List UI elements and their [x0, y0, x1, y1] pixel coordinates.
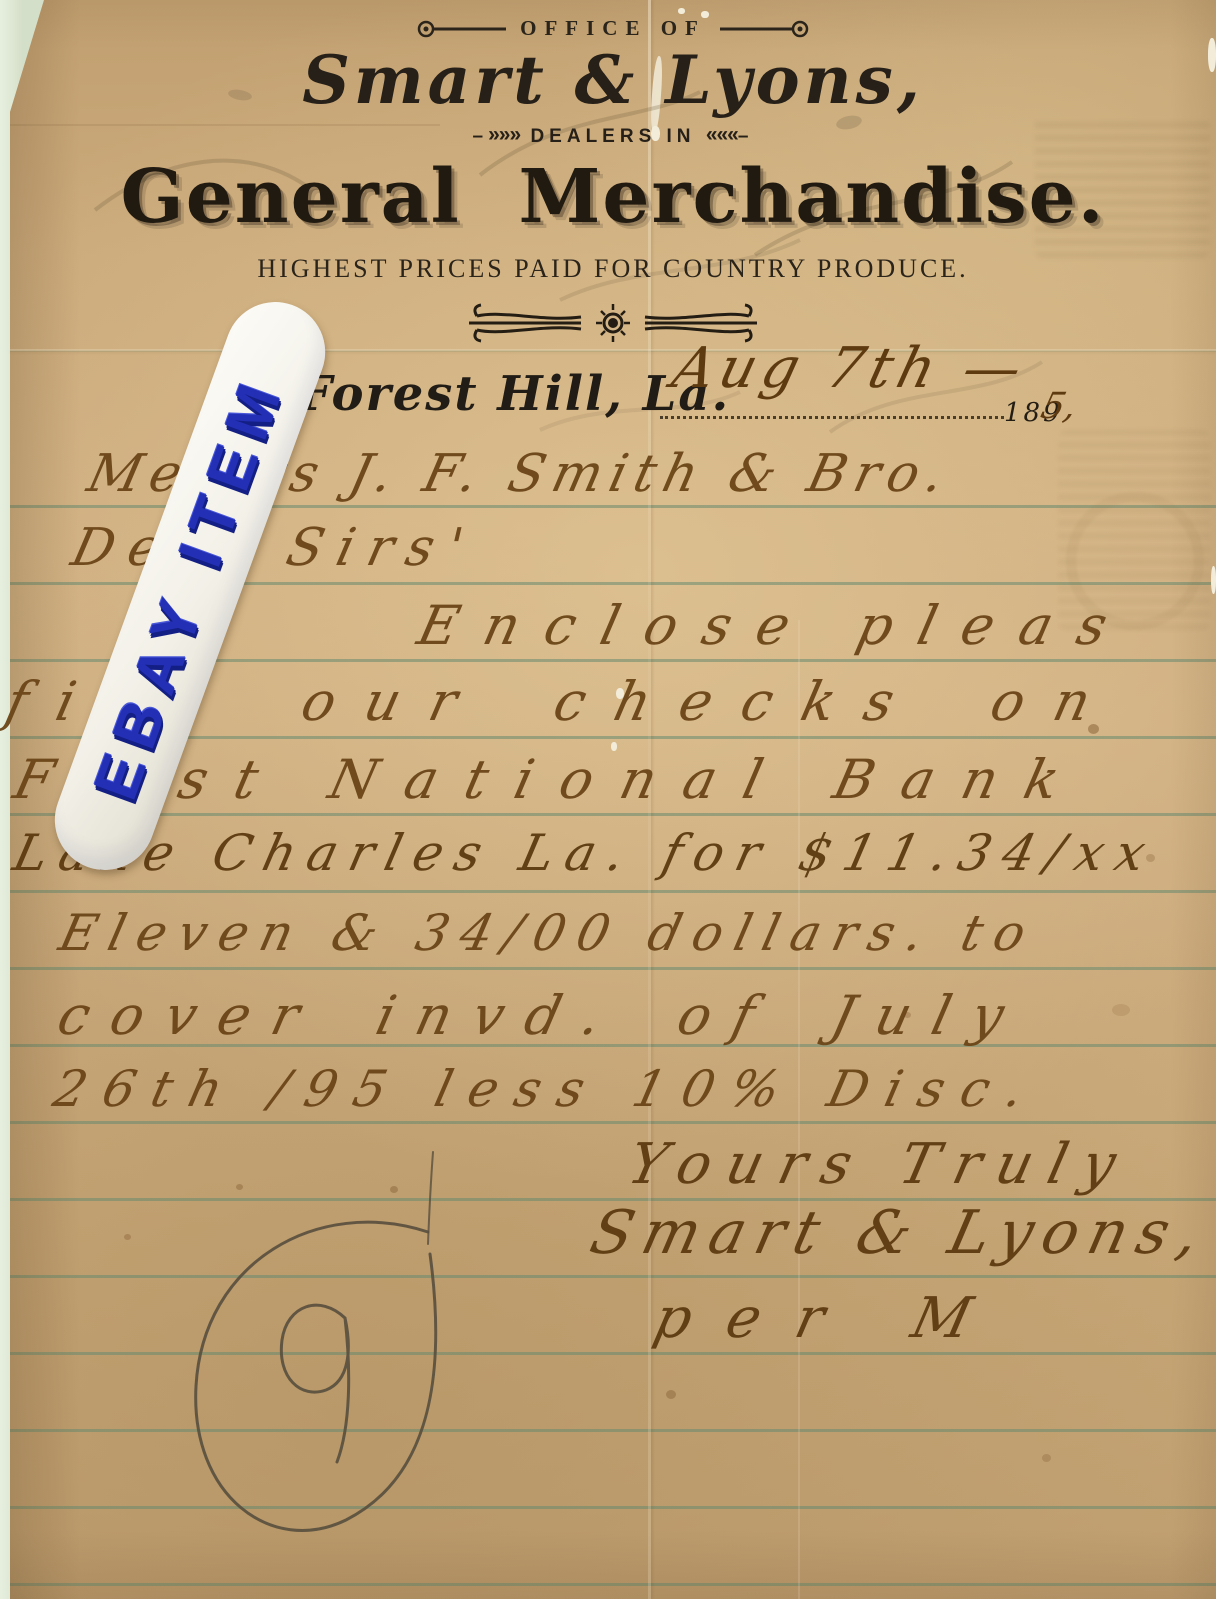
stain-smudge	[1112, 1004, 1130, 1016]
handwritten-line: cover invd. of July	[52, 984, 1032, 1047]
stain-spot	[1042, 1454, 1051, 1462]
stain-spot	[236, 1184, 243, 1190]
handwritten-line: Dear Sirs'	[66, 518, 483, 578]
arrow-ornament-left: »»»	[488, 123, 520, 146]
stain-spot	[666, 1390, 676, 1399]
dash-ornament: –	[738, 126, 754, 147]
office-of-row: OFFICE OF	[10, 16, 1216, 41]
scanned-letter-page: OFFICE OF Smart & Lyons, –»»» DEALERS IN…	[0, 0, 1216, 1599]
handwritten-line: 26th /95 less 10% Disc.	[48, 1060, 1046, 1118]
edge-chip	[1211, 566, 1216, 594]
tagline: HIGHEST PRICES PAID FOR COUNTRY PRODUCE.	[10, 254, 1216, 284]
dealers-in-row: –»»» DEALERS IN «««–	[10, 123, 1216, 148]
spiral-ornament-left	[416, 19, 508, 39]
headline-general-merchandise: General Merchandise.	[10, 154, 1216, 240]
office-of-label: OFFICE OF	[520, 16, 706, 41]
company-name: Smart & Lyons,	[10, 41, 1216, 119]
handwritten-date: Aug 7th —	[666, 336, 1034, 401]
dealers-in-label: DEALERS IN	[530, 126, 695, 147]
handwritten-line: Enclose pleas	[412, 594, 1139, 657]
handwritten-line: Lake Charles La. for $11.34/xx	[8, 824, 1163, 882]
spiral-ornament-right	[718, 19, 810, 39]
printed-letterhead: OFFICE OF Smart & Lyons, –»»» DEALERS IN…	[10, 0, 1216, 354]
stain-spot	[390, 1186, 398, 1193]
stain-spot	[124, 1234, 131, 1240]
handwritten-line: Eleven & 34/00 dollars. to	[54, 904, 1043, 962]
arrow-ornament-right: «««	[706, 123, 738, 146]
handwritten-closing: Yours Truly	[622, 1132, 1138, 1197]
divider-ornament	[10, 296, 1216, 354]
dash-ornament: –	[473, 126, 489, 147]
handwritten-per-initials: per M	[648, 1286, 1014, 1351]
handwritten-signature: Smart & Lyons,	[584, 1198, 1216, 1268]
